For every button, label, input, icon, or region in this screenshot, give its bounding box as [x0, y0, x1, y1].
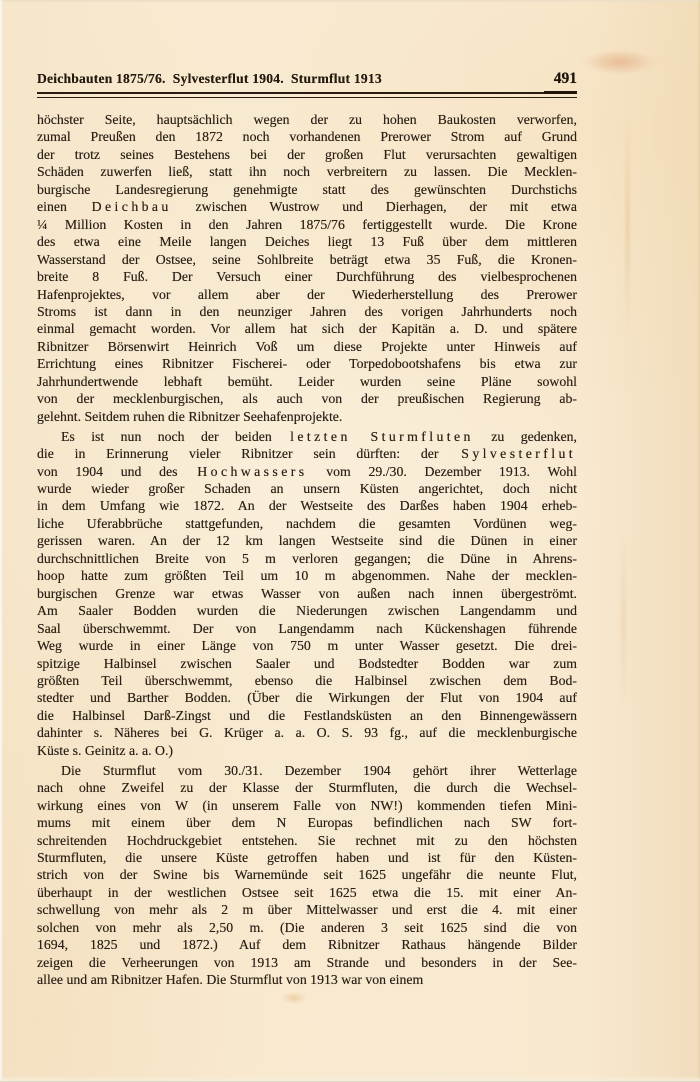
scanned-book-page: Deichbauten 1875/76. Sylvesterflut 1904.… — [0, 0, 700, 1082]
paragraph: Es ist nun noch der beiden letzten Sturm… — [37, 428, 577, 760]
text-line: allee und am Ribnitzer Hafen. Die Sturmf… — [37, 971, 577, 988]
text-line: Errichtung eines Ribnitzer Fischerei- od… — [37, 355, 577, 372]
text-line: gerissen waren. An der 12 km langen West… — [37, 532, 577, 549]
text-line: nach ohne Zweifel zu der Klasse der Stur… — [37, 779, 577, 796]
letterspaced-text: Sylvesterflut — [461, 446, 576, 461]
text-line: Es ist nun noch der beiden letzten Sturm… — [37, 428, 577, 445]
running-head-title: Deichbauten 1875/76. Sylvesterflut 1904.… — [37, 71, 382, 87]
paper-edge-left — [0, 0, 3, 1082]
text-line: gelehnt. Seitdem ruhen die Ribnitzer See… — [37, 408, 577, 425]
running-head: Deichbauten 1875/76. Sylvesterflut 1904.… — [37, 70, 577, 88]
text-line: Am Saaler Bodden wurden die Niederungen … — [37, 602, 577, 619]
text-line: der trotz seines Bestehens bei der große… — [37, 146, 577, 163]
text-line: in dem Umfang wie 1872. An der Westseite… — [37, 497, 577, 514]
text-line: größten Teil überschwemmt, ebenso die Ha… — [37, 672, 577, 689]
page-body: höchster Seite, hauptsächlich wegen der … — [37, 111, 577, 991]
text-line: burgische Landesregierung genehmigte sta… — [37, 181, 577, 198]
text-line: überhaupt in der westlichen Ostsee seit … — [37, 884, 577, 901]
page-number: 491 — [554, 70, 577, 88]
text-line: schwellung von mehr als 2 m über Mittelw… — [37, 901, 577, 918]
text-line: mums mit einem über dem N Europas befind… — [37, 814, 577, 831]
text-line: Wasserstand der Ostsee, seine Sohlbreite… — [37, 251, 577, 268]
text-line: Jahrhundertwende lebhaft bemüht. Leider … — [37, 373, 577, 390]
text-line: schreitenden Hochdruckgebiet entstehen. … — [37, 832, 577, 849]
text-line: Küste s. Geinitz a. a. O.) — [37, 742, 577, 759]
text-line: von der mecklenburgischen, als auch von … — [37, 390, 577, 407]
text-line: Schäden zuwerfen ließ, statt ihn noch ve… — [37, 163, 577, 180]
text-line: Sturmfluten, die unsere Küste getroffen … — [37, 849, 577, 866]
text-line: ¼ Million Kosten in den Jahren 1875/76 f… — [37, 216, 577, 233]
text-line: solchen von mehr als 2,50 m. (Die andere… — [37, 919, 577, 936]
paper-crease — [622, 530, 625, 710]
letterspaced-text: Deichbau — [92, 199, 172, 214]
header-double-rule — [37, 92, 577, 98]
text-line: von 1904 und des Hochwassers vom 29./30.… — [37, 463, 577, 480]
letterspaced-text: Hochwassers — [197, 464, 307, 479]
text-line: strich von der Swine bis Warnemünde seit… — [37, 866, 577, 883]
paper-edge-bottom — [0, 1076, 700, 1082]
text-line: Ribnitzer Börsenwirt Heinrich Voß um die… — [37, 338, 577, 355]
paper-edge-top — [0, 0, 700, 2]
text-line: breite 8 Fuß. Der Versuch einer Durchfüh… — [37, 268, 577, 285]
text-line: Hafenprojektes, vor allem aber der Wiede… — [37, 286, 577, 303]
text-line: Stroms ist dann in den neunziger Jahren … — [37, 303, 577, 320]
text-line: höchster Seite, hauptsächlich wegen der … — [37, 111, 577, 128]
stain-mark — [588, 50, 650, 74]
text-line: wurde wieder großer Schaden an unsern Kü… — [37, 480, 577, 497]
text-line: burgischen Grenze war etwas Wasser von a… — [37, 585, 577, 602]
paragraph: höchster Seite, hauptsächlich wegen der … — [37, 111, 577, 425]
text-line: 1694, 1825 und 1872.) Auf dem Ribnitzer … — [37, 936, 577, 953]
page-number-underline — [544, 91, 577, 94]
text-line: Die Sturmflut vom 30./31. Dezember 1904 … — [37, 762, 577, 779]
text-line: wirkung eines von W (in unserem Falle vo… — [37, 797, 577, 814]
text-line: zeigen die Verheerungen von 1913 am Stra… — [37, 954, 577, 971]
paper-crease — [626, 112, 629, 337]
text-line: stedter und Barther Bodden. (Über die Wi… — [37, 689, 577, 706]
text-line: liche Uferabbrüche stattgefunden, nachde… — [37, 515, 577, 532]
text-line: Weg wurde in einer Länge von 750 m unter… — [37, 637, 577, 654]
text-line: zumal Preußen den 1872 noch vorhandenen … — [37, 128, 577, 145]
letterspaced-text: letzten Sturmfluten — [290, 429, 474, 444]
text-line: spitzige Halbinsel zwischen Saaler und B… — [37, 655, 577, 672]
text-line: einen Deichbau zwischen Wustrow und Dier… — [37, 198, 577, 215]
paragraph: Die Sturmflut vom 30./31. Dezember 1904 … — [37, 762, 577, 989]
text-line: die Halbinsel Darß-Zingst und die Festla… — [37, 707, 577, 724]
text-line: einmal gemacht worden. Vor allem hat sic… — [37, 320, 577, 337]
text-line: die in Erinnerung vieler Ribnitzer sein … — [37, 445, 577, 462]
text-line: dahinter s. Näheres bei G. Krüger a. a. … — [37, 724, 577, 741]
text-line: des etwa eine Meile langen Deiches liegt… — [37, 233, 577, 250]
text-line: hoop hatte zum größten Teil um 10 m abge… — [37, 567, 577, 584]
text-line: Saal überschwemmt. Der von Langendamm na… — [37, 620, 577, 637]
text-line: durchschnittlichen Breite von 5 m verlor… — [37, 550, 577, 567]
